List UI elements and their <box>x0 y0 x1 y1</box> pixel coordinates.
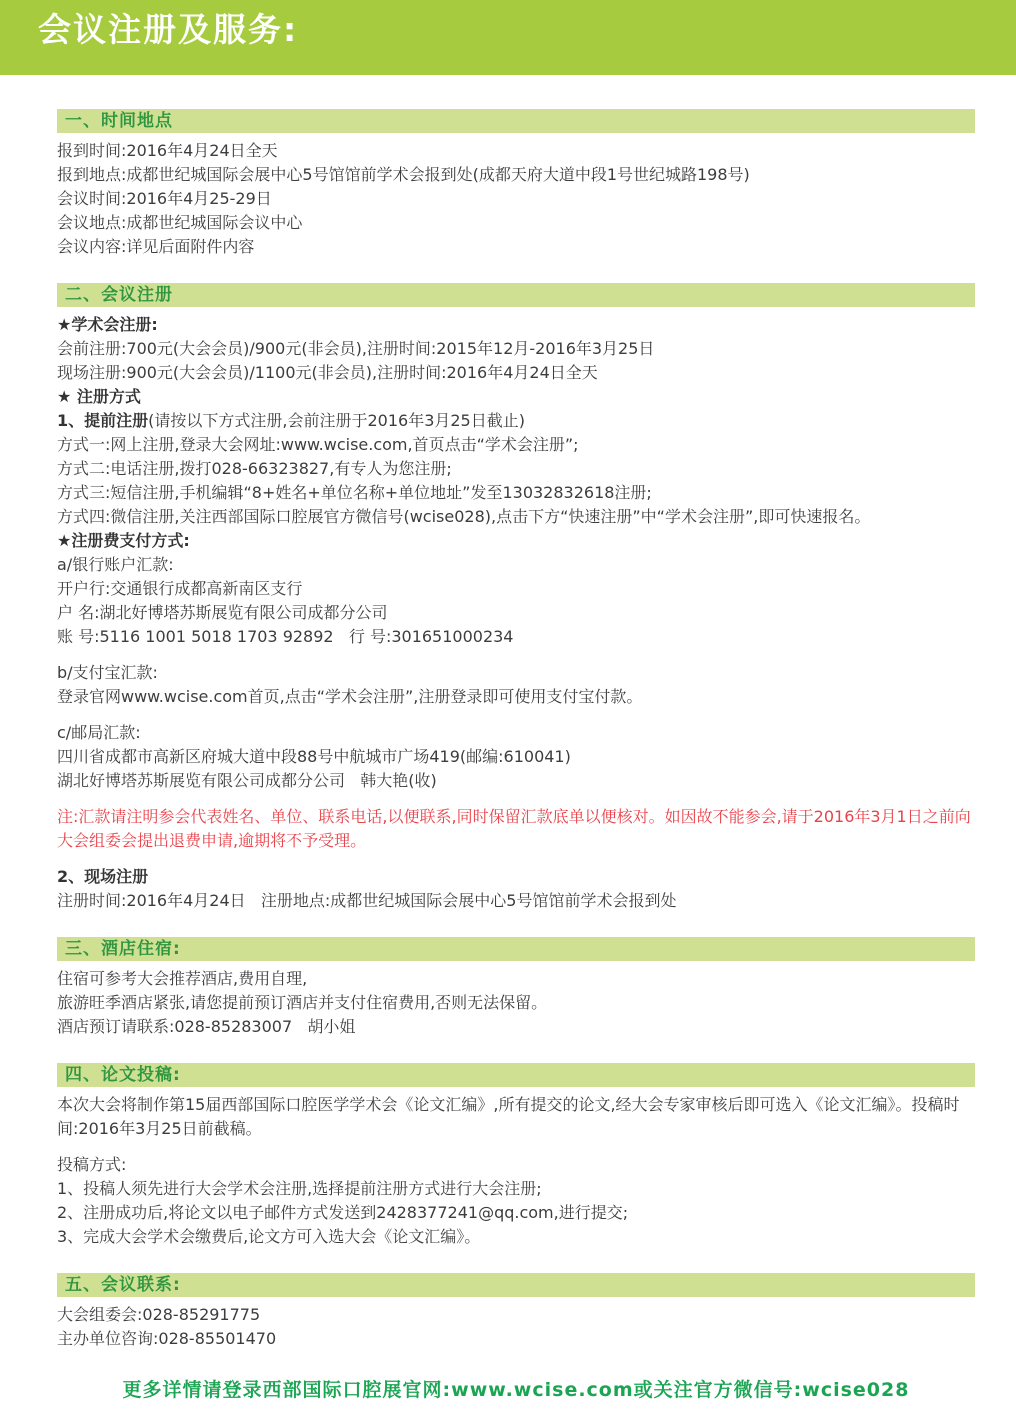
text-line-text: c/邮局汇款: <box>57 723 141 742</box>
text-line-text: 登录官网www.wcise.com首页,点击“学术会注册”,注册登录即可使用支付… <box>57 687 642 706</box>
text-line: 账 号:5116 1001 5018 1703 92892 行 号:301651… <box>57 625 975 649</box>
text-line-text: 报到时间:2016年4月24日全天 <box>57 141 278 160</box>
text-line-text: 注:汇款请注明参会代表姓名、单位、联系电话,以便联系,同时保留汇款底单以便核对。… <box>57 807 971 850</box>
text-line-text: 投稿方式: <box>57 1155 126 1174</box>
text-line: 会议地点:成都世纪城国际会议中心 <box>57 211 975 235</box>
text-line: c/邮局汇款: <box>57 721 975 745</box>
text-line-bold: ★ 注册方式 <box>57 387 141 406</box>
text-line-text: a/银行账户汇款: <box>57 555 174 574</box>
section-registration: 二、会议注册 ★学术会注册:会前注册:700元(大会会员)/900元(非会员),… <box>57 283 975 913</box>
blank-line <box>57 709 975 721</box>
section-contact: 五、会议联系: 大会组委会:028-85291775主办单位咨询:028-855… <box>57 1273 975 1351</box>
section-heading-time-location: 一、时间地点 <box>57 109 975 133</box>
section-body-time-location: 报到时间:2016年4月24日全天报到地点:成都世纪城国际会展中心5号馆馆前学术… <box>57 139 975 259</box>
text-line-text: 开户行:交通银行成都高新南区支行 <box>57 579 302 598</box>
section-body-hotel: 住宿可参考大会推荐酒店,费用自理,旅游旺季酒店紧张,请您提前预订酒店并支付住宿费… <box>57 967 975 1039</box>
text-line-bold: ★学术会注册: <box>57 315 158 334</box>
text-line: ★学术会注册: <box>57 313 975 337</box>
section-body-paper-submission: 本次大会将制作第15届西部国际口腔医学学术会《论文汇编》,所有提交的论文,经大会… <box>57 1093 975 1249</box>
text-line-text: 酒店预订请联系:028-85283007 胡小姐 <box>57 1017 355 1036</box>
page-title: 会议注册及服务: <box>0 0 1016 52</box>
text-line: b/支付宝汇款: <box>57 661 975 685</box>
text-line: 3、完成大会学术会缴费后,论文方可入选大会《论文汇编》。 <box>57 1225 975 1249</box>
text-line-text: 3、完成大会学术会缴费后,论文方可入选大会《论文汇编》。 <box>57 1227 480 1246</box>
text-line: 2、现场注册 <box>57 865 975 889</box>
section-heading-hotel: 三、酒店住宿: <box>57 937 975 961</box>
text-line-bold: 2、现场注册 <box>57 867 148 886</box>
section-body-registration: ★学术会注册:会前注册:700元(大会会员)/900元(非会员),注册时间:20… <box>57 313 975 913</box>
content-column: 一、时间地点 报到时间:2016年4月24日全天报到地点:成都世纪城国际会展中心… <box>57 109 975 1402</box>
text-line: 注册时间:2016年4月24日 注册地点:成都世纪城国际会展中心5号馆馆前学术会… <box>57 889 975 913</box>
text-line: a/银行账户汇款: <box>57 553 975 577</box>
text-line: 投稿方式: <box>57 1153 975 1177</box>
text-line-text: 会前注册:700元(大会会员)/900元(非会员),注册时间:2015年12月-… <box>57 339 654 358</box>
text-line: 现场注册:900元(大会会员)/1100元(非会员),注册时间:2016年4月2… <box>57 361 975 385</box>
footer-text: 更多详情请登录西部国际口腔展官网:www.wcise.com或关注官方微信号:w… <box>123 1379 910 1401</box>
text-line-text: 方式二:电话注册,拨打028-66323827,有专人为您注册; <box>57 459 452 478</box>
text-line: 住宿可参考大会推荐酒店,费用自理, <box>57 967 975 991</box>
refund-note-text: 注:汇款请注明参会代表姓名、单位、联系电话,以便联系,同时保留汇款底单以便核对。… <box>57 805 975 853</box>
section-heading-paper-submission: 四、论文投稿: <box>57 1063 975 1087</box>
blank-line <box>57 793 975 805</box>
page-footer: 更多详情请登录西部国际口腔展官网:www.wcise.com或关注官方微信号:w… <box>57 1375 975 1402</box>
section-heading-contact: 五、会议联系: <box>57 1273 975 1297</box>
text-line-text: (请按以下方式注册,会前注册于2016年3月25日截止) <box>148 411 525 430</box>
text-line: ★ 注册方式 <box>57 385 975 409</box>
text-line-text: 方式四:微信注册,关注西部国际口腔展官方微信号(wcise028),点击下方“快… <box>57 507 870 526</box>
text-line: 大会组委会:028-85291775 <box>57 1303 975 1327</box>
section-body-contact: 大会组委会:028-85291775主办单位咨询:028-85501470 <box>57 1303 975 1351</box>
text-line: 酒店预订请联系:028-85283007 胡小姐 <box>57 1015 975 1039</box>
blank-line <box>57 1141 975 1153</box>
text-line-text: b/支付宝汇款: <box>57 663 158 682</box>
text-line: 方式二:电话注册,拨打028-66323827,有专人为您注册; <box>57 457 975 481</box>
text-line: 方式三:短信注册,手机编辑“8+姓名+单位名称+单位地址”发至130328326… <box>57 481 975 505</box>
text-line: 湖北好博塔苏斯展览有限公司成都分公司 韩大艳(收) <box>57 769 975 793</box>
text-line: ★注册费支付方式: <box>57 529 975 553</box>
text-line-text: 报到地点:成都世纪城国际会展中心5号馆馆前学术会报到处(成都天府大道中段1号世纪… <box>57 165 750 184</box>
text-line-text: 旅游旺季酒店紧张,请您提前预订酒店并支付住宿费用,否则无法保留。 <box>57 993 547 1012</box>
text-line-text: 注册时间:2016年4月24日 注册地点:成都世纪城国际会展中心5号馆馆前学术会… <box>57 891 676 910</box>
document-page: 会议注册及服务: 一、时间地点 报到时间:2016年4月24日全天报到地点:成都… <box>0 0 1016 1411</box>
text-line: 会议时间:2016年4月25-29日 <box>57 187 975 211</box>
text-line-bold: ★注册费支付方式: <box>57 531 190 550</box>
text-line: 开户行:交通银行成都高新南区支行 <box>57 577 975 601</box>
text-line-text: 2、注册成功后,将论文以电子邮件方式发送到2428377241@qq.com,进… <box>57 1203 628 1222</box>
text-line-bold: 1、提前注册 <box>57 411 148 430</box>
page-header-banner: 会议注册及服务: <box>0 0 1016 75</box>
text-line-text: 会议地点:成都世纪城国际会议中心 <box>57 213 302 232</box>
text-line-text: 大会组委会:028-85291775 <box>57 1305 260 1324</box>
text-line: 会前注册:700元(大会会员)/900元(非会员),注册时间:2015年12月-… <box>57 337 975 361</box>
text-line: 方式一:网上注册,登录大会网址:www.wcise.com,首页点击“学术会注册… <box>57 433 975 457</box>
text-line-text: 户 名:湖北好博塔苏斯展览有限公司成都分公司 <box>57 603 387 622</box>
text-line: 登录官网www.wcise.com首页,点击“学术会注册”,注册登录即可使用支付… <box>57 685 975 709</box>
text-line: 旅游旺季酒店紧张,请您提前预订酒店并支付住宿费用,否则无法保留。 <box>57 991 975 1015</box>
text-line: 2、注册成功后,将论文以电子邮件方式发送到2428377241@qq.com,进… <box>57 1201 975 1225</box>
text-line-text: 湖北好博塔苏斯展览有限公司成都分公司 韩大艳(收) <box>57 771 437 790</box>
section-paper-submission: 四、论文投稿: 本次大会将制作第15届西部国际口腔医学学术会《论文汇编》,所有提… <box>57 1063 975 1249</box>
blank-line <box>57 649 975 661</box>
text-line: 会议内容:详见后面附件内容 <box>57 235 975 259</box>
text-line: 四川省成都市高新区府城大道中段88号中航城市广场419(邮编:610041) <box>57 745 975 769</box>
text-line-text: 1、投稿人须先进行大会学术会注册,选择提前注册方式进行大会注册; <box>57 1179 542 1198</box>
text-line: 1、投稿人须先进行大会学术会注册,选择提前注册方式进行大会注册; <box>57 1177 975 1201</box>
text-line-text: 方式一:网上注册,登录大会网址:www.wcise.com,首页点击“学术会注册… <box>57 435 579 454</box>
text-line: 报到时间:2016年4月24日全天 <box>57 139 975 163</box>
text-line-text: 会议时间:2016年4月25-29日 <box>57 189 272 208</box>
text-line-text: 方式三:短信注册,手机编辑“8+姓名+单位名称+单位地址”发至130328326… <box>57 483 652 502</box>
text-line: 方式四:微信注册,关注西部国际口腔展官方微信号(wcise028),点击下方“快… <box>57 505 975 529</box>
text-line-text: 本次大会将制作第15届西部国际口腔医学学术会《论文汇编》,所有提交的论文,经大会… <box>57 1095 960 1138</box>
text-line-text: 主办单位咨询:028-85501470 <box>57 1329 276 1348</box>
text-line: 报到地点:成都世纪城国际会展中心5号馆馆前学术会报到处(成都天府大道中段1号世纪… <box>57 163 975 187</box>
text-line: 本次大会将制作第15届西部国际口腔医学学术会《论文汇编》,所有提交的论文,经大会… <box>57 1093 975 1141</box>
text-line-text: 现场注册:900元(大会会员)/1100元(非会员),注册时间:2016年4月2… <box>57 363 598 382</box>
text-line: 主办单位咨询:028-85501470 <box>57 1327 975 1351</box>
text-line: 户 名:湖北好博塔苏斯展览有限公司成都分公司 <box>57 601 975 625</box>
text-line-text: 住宿可参考大会推荐酒店,费用自理, <box>57 969 307 988</box>
text-line-text: 四川省成都市高新区府城大道中段88号中航城市广场419(邮编:610041) <box>57 747 571 766</box>
section-hotel: 三、酒店住宿: 住宿可参考大会推荐酒店,费用自理,旅游旺季酒店紧张,请您提前预订… <box>57 937 975 1039</box>
text-line: 1、提前注册(请按以下方式注册,会前注册于2016年3月25日截止) <box>57 409 975 433</box>
blank-line <box>57 853 975 865</box>
section-heading-registration: 二、会议注册 <box>57 283 975 307</box>
text-line-text: 账 号:5116 1001 5018 1703 92892 行 号:301651… <box>57 627 514 646</box>
text-line-text: 会议内容:详见后面附件内容 <box>57 237 254 256</box>
section-time-location: 一、时间地点 报到时间:2016年4月24日全天报到地点:成都世纪城国际会展中心… <box>57 109 975 259</box>
